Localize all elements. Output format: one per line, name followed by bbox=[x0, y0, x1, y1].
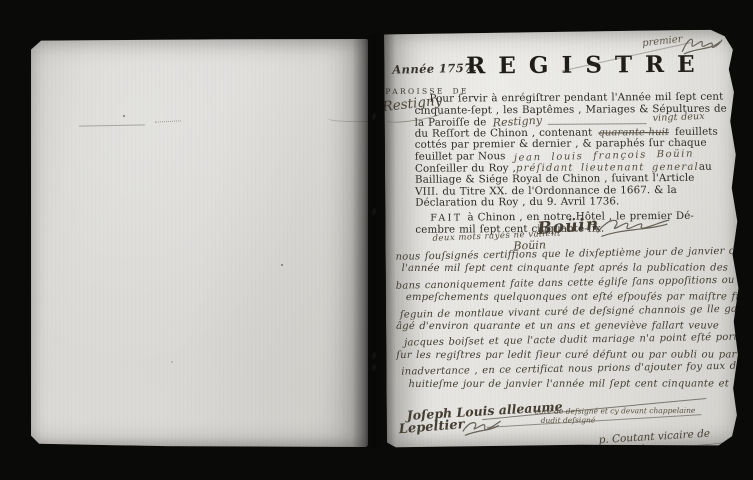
year-label: Année 1757. bbox=[392, 61, 477, 77]
paraph-flourish-icon bbox=[678, 32, 724, 60]
manuscript-line: huitieſme jour de janvier l'année mil ſe… bbox=[396, 378, 734, 393]
binding-stitch bbox=[371, 352, 377, 360]
manuscript-certificate: nous ſouſsignés certiffions que le dixſe… bbox=[396, 248, 735, 394]
printed-line: au bbox=[699, 161, 712, 173]
faint-ink-mark bbox=[327, 114, 371, 123]
left-blank-page bbox=[31, 39, 368, 447]
right-register-page: Année 1757. PAROISSE DE Restigny REGISTR… bbox=[384, 30, 740, 449]
signature-note-line: curé de deſsigné et cy devant chappelain… bbox=[535, 406, 696, 416]
printed-line: Déclaration du Roy , du 9. Avril 1736. bbox=[415, 197, 619, 210]
binding-stitch bbox=[371, 113, 377, 121]
handwritten-count-insert: vingt deux bbox=[652, 111, 705, 125]
signature-bouin-large: Boüin bbox=[537, 214, 600, 239]
binding-stitch bbox=[371, 208, 377, 216]
corner-note-handwritten: premier bbox=[642, 34, 683, 49]
paraph-flourish-icon bbox=[459, 417, 503, 439]
ink-speck bbox=[123, 115, 125, 117]
paper-texture bbox=[31, 39, 368, 447]
ink-speck bbox=[171, 361, 173, 363]
faint-ink-mark bbox=[79, 124, 145, 126]
ink-speck bbox=[281, 264, 283, 266]
signature-note-line: dudit deſsigné bbox=[541, 416, 596, 425]
binding-stitch bbox=[371, 364, 377, 372]
faint-ink-mark bbox=[155, 120, 181, 122]
ink-rule bbox=[548, 123, 647, 125]
paraph-flourish-icon bbox=[593, 214, 673, 241]
register-scan: Année 1757. PAROISSE DE Restigny REGISTR… bbox=[0, 0, 753, 480]
